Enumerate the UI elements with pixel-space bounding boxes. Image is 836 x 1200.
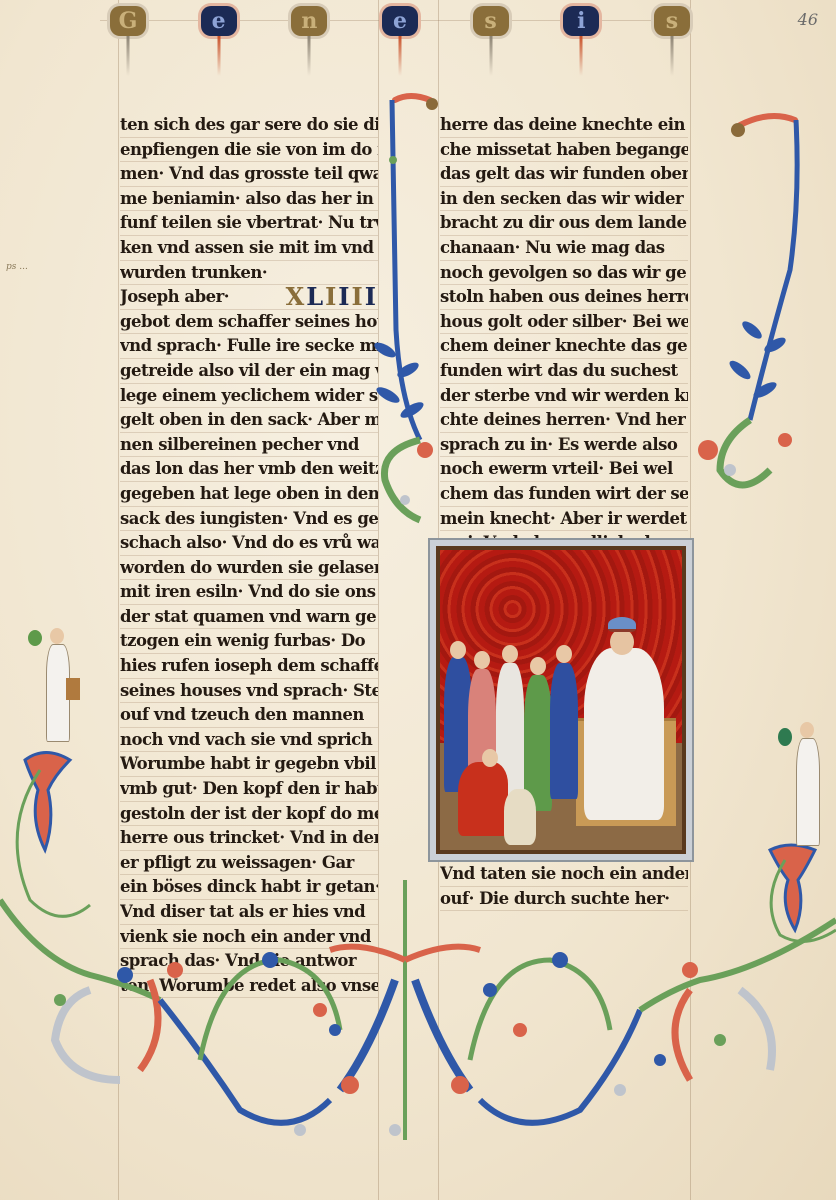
acanthus-border-icon xyxy=(0,0,836,1200)
bath-maiden-left xyxy=(42,628,76,743)
manuscript-page: G e n e s i s 46 ps ... ten sich des gar… xyxy=(0,0,836,1200)
bath-maiden-right xyxy=(792,722,826,847)
